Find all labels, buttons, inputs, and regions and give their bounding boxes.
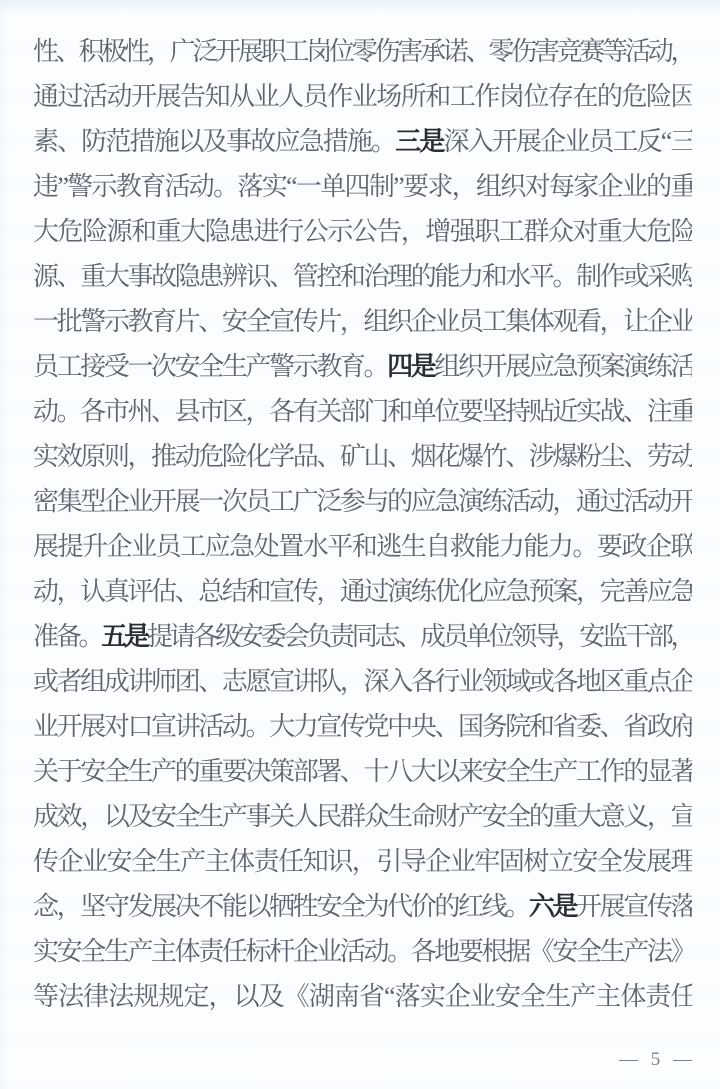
emphasis-text-segment: 四是 [387, 352, 434, 381]
text-line: 素、防范措施以及事故应急措施。三是深入开展企业员工反“三 [33, 119, 692, 164]
text-line: 实效原则，推动危险化学品、矿山、烟花爆竹、涉爆粉尘、劳动 [33, 434, 692, 479]
text-segment: 深入开展企业员工反“三 [443, 127, 692, 156]
text-segment: 提请各级安委会负责同志、成员单位领导，安监干部， [147, 622, 692, 651]
text-segment: 性、积极性，广泛开展职工岗位零伤害承诺、零伤害竞赛等活动， [33, 37, 692, 66]
text-line: 违”警示教育活动。落实“一单四制”要求，组织对每家企业的重 [33, 164, 692, 209]
text-segment: 念，坚守发展决不能以牺牲安全为代价的红线。 [33, 892, 529, 921]
emphasis-text-segment: 三是 [395, 127, 443, 156]
text-line: 等法律法规规定，以及《湖南省“落实企业安全生产主体责任 [33, 974, 692, 1019]
text-line: 性、积极性，广泛开展职工岗位零伤害承诺、零伤害竞赛等活动， [33, 29, 692, 74]
text-segment: 组织开展应急预案演练活 [434, 352, 692, 381]
emphasis-text-segment: 六是 [529, 892, 576, 921]
text-line: 大危险源和重大隐患进行公示公告，增强职工群众对重大危险 [33, 209, 692, 254]
document-body: 性、积极性，广泛开展职工岗位零伤害承诺、零伤害竞赛等活动，通过活动开展告知从业人… [33, 29, 692, 1019]
text-line: 传企业安全生产主体责任知识，引导企业牢固树立安全发展理 [33, 839, 692, 884]
page-number-text: — 5 — [619, 1049, 696, 1070]
text-segment: 素、防范措施以及事故应急措施。 [33, 127, 395, 156]
text-segment: 源、重大事故隐患辨识、管控和治理的能力和水平。制作或采购 [33, 262, 692, 291]
scanned-document-page: 性、积极性，广泛开展职工岗位零伤害承诺、零伤害竞赛等活动，通过活动开展告知从业人… [0, 0, 720, 1089]
text-segment: 等法律法规规定，以及《湖南省“落实企业安全生产主体责任 [33, 982, 692, 1011]
text-segment: 关于安全生产的重要决策部署、十八大以来安全生产工作的显著 [33, 757, 692, 786]
text-segment: 实效原则，推动危险化学品、矿山、烟花爆竹、涉爆粉尘、劳动 [33, 442, 692, 471]
text-segment: 密集型企业开展一次员工广泛参与的应急演练活动，通过活动开 [33, 487, 692, 516]
text-line: 员工接受一次安全生产警示教育。四是组织开展应急预案演练活 [33, 344, 692, 389]
text-line: 或者组成讲师团、志愿宣讲队，深入各行业领域或各地区重点企 [33, 659, 692, 704]
text-line: 念，坚守发展决不能以牺牲安全为代价的红线。六是开展宣传落 [33, 884, 692, 929]
text-segment: 动，认真评估、总结和宣传，通过演练优化应急预案，完善应急 [33, 577, 692, 606]
text-segment: 动。各市州、县市区，各有关部门和单位要坚持贴近实战、注重 [33, 397, 692, 426]
page-number: — 5 — [619, 1049, 696, 1071]
text-segment: 业开展对口宣讲活动。大力宣传党中央、国务院和省委、省政府 [33, 712, 692, 741]
text-segment: 成效，以及安全生产事关人民群众生命财产安全的重大意义，宣 [33, 802, 692, 831]
text-line: 动。各市州、县市区，各有关部门和单位要坚持贴近实战、注重 [33, 389, 692, 434]
text-line: 展提升企业员工应急处置水平和逃生自救能力能力。要政企联 [33, 524, 692, 569]
text-segment: 员工接受一次安全生产警示教育。 [33, 352, 387, 381]
text-segment: 开展宣传落 [576, 892, 692, 921]
text-line: 准备。五是提请各级安委会负责同志、成员单位领导，安监干部， [33, 614, 692, 659]
text-segment: 展提升企业员工应急处置水平和逃生自救能力能力。要政企联 [33, 532, 692, 561]
text-line: 通过活动开展告知从业人员作业场所和工作岗位存在的危险因 [33, 74, 692, 119]
text-segment: 实安全生产主体责任标杆企业活动。各地要根据《安全生产法》 [33, 937, 692, 966]
text-segment: 通过活动开展告知从业人员作业场所和工作岗位存在的危险因 [33, 82, 692, 111]
text-segment: 准备。 [33, 622, 101, 651]
text-line: 业开展对口宣讲活动。大力宣传党中央、国务院和省委、省政府 [33, 704, 692, 749]
text-segment: 传企业安全生产主体责任知识，引导企业牢固树立安全发展理 [33, 847, 692, 876]
text-line: 成效，以及安全生产事关人民群众生命财产安全的重大意义，宣 [33, 794, 692, 839]
text-line: 关于安全生产的重要决策部署、十八大以来安全生产工作的显著 [33, 749, 692, 794]
text-line: 源、重大事故隐患辨识、管控和治理的能力和水平。制作或采购 [33, 254, 692, 299]
text-segment: 大危险源和重大隐患进行公示公告，增强职工群众对重大危险 [33, 217, 692, 246]
text-line: 实安全生产主体责任标杆企业活动。各地要根据《安全生产法》 [33, 929, 692, 974]
emphasis-text-segment: 五是 [101, 622, 147, 651]
text-segment: 违”警示教育活动。落实“一单四制”要求，组织对每家企业的重 [33, 172, 692, 201]
text-line: 动，认真评估、总结和宣传，通过演练优化应急预案，完善应急 [33, 569, 692, 614]
text-segment: 或者组成讲师团、志愿宣讲队，深入各行业领域或各地区重点企 [33, 667, 692, 696]
text-segment: 一批警示教育片、安全宣传片，组织企业员工集体观看，让企业 [33, 307, 692, 336]
text-line: 一批警示教育片、安全宣传片，组织企业员工集体观看，让企业 [33, 299, 692, 344]
text-line: 密集型企业开展一次员工广泛参与的应急演练活动，通过活动开 [33, 479, 692, 524]
